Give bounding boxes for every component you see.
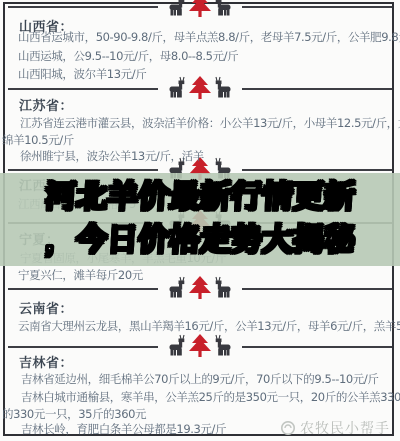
divider-line	[8, 88, 158, 90]
deer-icon	[170, 335, 184, 355]
price-line: 山西省运城市，50-90-9.8/斤，母羊点羔8.8/斤，老母羊7.5元/斤，公…	[18, 31, 400, 45]
deer-icon	[216, 335, 230, 355]
section-header-jilin: 吉林省：	[19, 356, 73, 372]
price-line: 宁夏兴仁，滩羊每斤20元	[18, 269, 143, 283]
section-divider	[8, 0, 392, 20]
divider-line	[8, 288, 158, 290]
watermark-logo-icon	[280, 420, 296, 436]
tree-icon	[189, 76, 211, 99]
section-header-yunnan: 云南省：	[19, 302, 73, 318]
tree-and-deer-ornament-icon	[168, 334, 232, 360]
tree-and-deer-ornament-icon	[168, 76, 232, 102]
price-line: 吉林省延边州，细毛棉羊公70斤以上的9元/斤，70斤以下的9.5--10元/斤	[21, 373, 378, 387]
price-line: 吉林白城市通榆县，寒羊串，公羊羔25斤的是350元一只，20斤的公羊羔330元，…	[21, 391, 400, 405]
divider-line	[242, 88, 392, 90]
overlay-title-line2: ，今日价格走势大揭秘	[0, 225, 400, 256]
deer-icon	[170, 277, 184, 297]
divider-line	[8, 6, 158, 8]
price-line: 山西运城，公9.5--10元/斤，母8.0--8.5元/斤	[18, 50, 238, 64]
divider-line	[242, 169, 392, 171]
section-header-jiangsu: 江苏省：	[19, 99, 73, 115]
article-page: 山西省： 山西省运城市，50-90-9.8/斤，母羊点羔8.8/斤，老母羊7.5…	[0, 0, 400, 441]
tree-icon	[189, 0, 211, 17]
tree-icon	[189, 276, 211, 299]
deer-icon	[216, 0, 230, 15]
tree-icon	[189, 334, 211, 357]
watermark: 农牧民小帮手	[280, 418, 390, 438]
price-line: 绵羊10.5元/斤	[2, 134, 74, 148]
price-line: 的330元一只，35斤的360元	[2, 408, 146, 422]
watermark-label: 农牧民小帮手	[300, 418, 390, 438]
overlay-title-line1: 河北羊价最新行情更新	[0, 182, 400, 213]
price-line: 吉林长岭，育肥白条羊公母都是19.3元/斤	[21, 423, 226, 437]
tree-and-deer-ornament-icon	[168, 0, 232, 20]
deer-icon	[216, 277, 230, 297]
deer-icon	[170, 0, 184, 15]
divider-line	[242, 6, 392, 8]
tree-and-deer-ornament-icon	[168, 276, 232, 302]
deer-icon	[170, 77, 184, 97]
price-line: 江苏省连云港市灌云县，波杂活羊价格：小公羊13元/斤，小母羊12.5元/斤，大羊…	[20, 117, 400, 131]
price-line: 徐州睢宁县，波杂公羊13元/斤，活羊	[20, 150, 204, 164]
divider-line	[8, 346, 158, 348]
divider-line	[242, 288, 392, 290]
price-line: 山西阳城，波尔羊13元/斤	[18, 68, 146, 82]
deer-icon	[216, 77, 230, 97]
divider-line	[8, 169, 158, 171]
divider-line	[242, 346, 392, 348]
price-line: 云南省大理州云龙县，黑山羊羯羊16元/斤，公羊13元/斤，母羊6元/斤，羔羊5元…	[18, 320, 400, 334]
